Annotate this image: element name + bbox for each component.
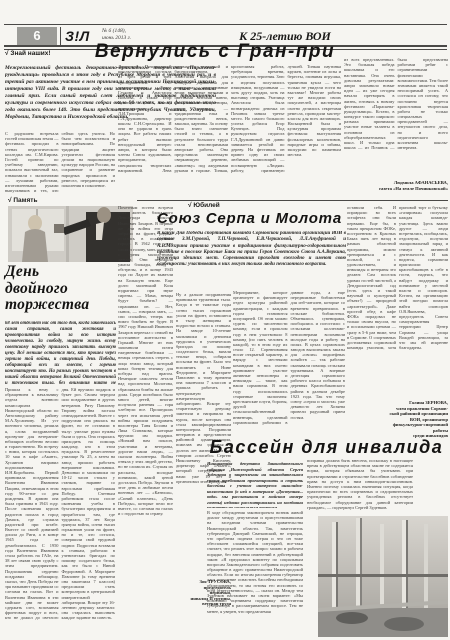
soyuz-headline: Союз Серпа и Молота xyxy=(157,210,348,227)
granpri-headline: Вернулись с Гран-при xyxy=(84,41,346,63)
page-number: 6 xyxy=(17,27,57,45)
newspaper-page: 6 З!Л № 6 (148), июнь 2013 г. К 25-летию… xyxy=(0,0,450,640)
bassein-lead: Инициатива депутата Законодательного соб… xyxy=(207,461,303,508)
issue-date: июнь 2013 г. xyxy=(102,35,131,41)
pool-photo xyxy=(318,516,448,637)
soyuz-columns-right: оставили себя. И оправдали: во всех эста… xyxy=(347,205,448,398)
granpri-columns-right: из всех представленных. Это большая побе… xyxy=(344,57,448,178)
bassein-headline: Бассейн для инвалида xyxy=(205,437,448,458)
den-headline: День двойного торжества xyxy=(5,264,117,314)
section-label-pamyat: √ Память xyxy=(8,197,37,204)
section-label-yubiley: √ Юбилей xyxy=(188,202,220,209)
issue-number: № 6 (148), xyxy=(102,28,126,34)
bassein-column-left: В ходе обсуждения законопроекта возник ж… xyxy=(207,510,303,637)
granpri-columns-middle: Делегация Починковской школы-интерната с… xyxy=(118,64,341,199)
header-rule-top xyxy=(4,24,447,25)
den-columns-main: Пришла к нему с обращением к начальнику … xyxy=(5,387,115,637)
section-label-znai-nashikh: √ Знай наших! xyxy=(5,50,51,57)
yubiley-section-rule xyxy=(137,200,448,201)
bassein-column-right: поправка должна быть внесена, поскольку … xyxy=(307,458,413,513)
soyuz-lead: В канун Дня Победы спортивная команда Со… xyxy=(157,231,346,286)
granpri-signature: Людмила АФАНАСЬЕВА, газета «На земле Поч… xyxy=(344,180,448,191)
issue-info: № 6 (148), июнь 2013 г. xyxy=(102,28,131,42)
soyuz-signature: Галина ЗЕРНОВА, член правления Сормов- с… xyxy=(352,400,448,439)
granpri-columns-left: С радушием встречала гостей ичалковская … xyxy=(5,131,115,195)
pool-photo-image xyxy=(318,516,448,637)
memory-photo-image xyxy=(8,206,133,262)
soyuz-columns-body: Мероприятие, которое организует и финанс… xyxy=(233,290,345,447)
header-divider xyxy=(60,27,61,46)
memory-photo xyxy=(8,206,133,262)
den-lead: 68 лет отделяет нас от того дня, когда з… xyxy=(5,321,116,384)
